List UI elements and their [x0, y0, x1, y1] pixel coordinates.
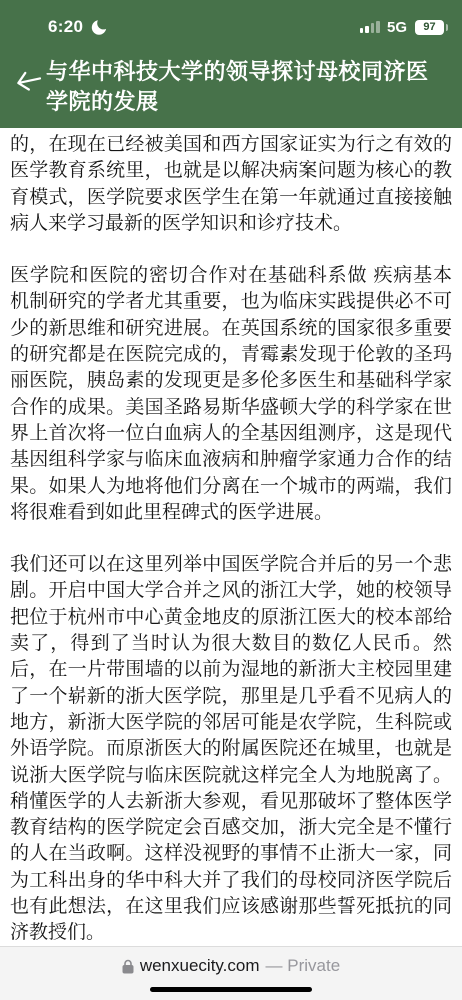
article-paragraph: 的，在现在已经被美国和西方国家证实为行之有效的医学教育系统里，也就是以解决病案问… [10, 132, 452, 237]
crescent-moon-icon [90, 18, 108, 36]
url-bar[interactable]: wenxuecity.com — Private [122, 956, 340, 976]
article-content: 的，在现在已经被美国和西方国家证实为行之有效的医学教育系统里，也就是以解决病案问… [0, 128, 462, 946]
battery-percent-text: 97 [423, 22, 435, 33]
home-indicator[interactable] [150, 987, 312, 993]
phone-screen: 6:20 5G 97 与华中科技大学的领导探讨母校同济医学院的发展 [0, 0, 462, 1000]
battery-icon: 97 [415, 20, 448, 35]
bottom-toolbar: wenxuecity.com — Private [0, 946, 462, 1000]
article-paragraph: 我们还可以在这里列举中国医学院合并后的另一个悲剧。开启中国大学合并之风的浙江大学… [10, 552, 452, 946]
back-arrow-icon [9, 62, 47, 100]
page-title: 与华中科技大学的领导探讨母校同济医学院的发展 [46, 57, 432, 117]
article-paragraph: 医学院和医院的密切合作对在基础科系做 疾病基本机制研究的学者尤其重要，也为临床实… [10, 263, 452, 526]
cellular-signal-icon [360, 21, 380, 33]
private-label: — Private [266, 956, 341, 976]
lock-icon [122, 959, 134, 974]
nav-header: 与华中科技大学的领导探讨母校同济医学院的发展 [0, 44, 462, 128]
site-domain: wenxuecity.com [140, 956, 260, 976]
battery-nub [446, 24, 449, 31]
network-type-label: 5G [387, 19, 407, 36]
status-bar: 6:20 5G 97 [0, 0, 462, 44]
status-time: 6:20 [48, 17, 83, 37]
back-button[interactable] [10, 63, 46, 99]
